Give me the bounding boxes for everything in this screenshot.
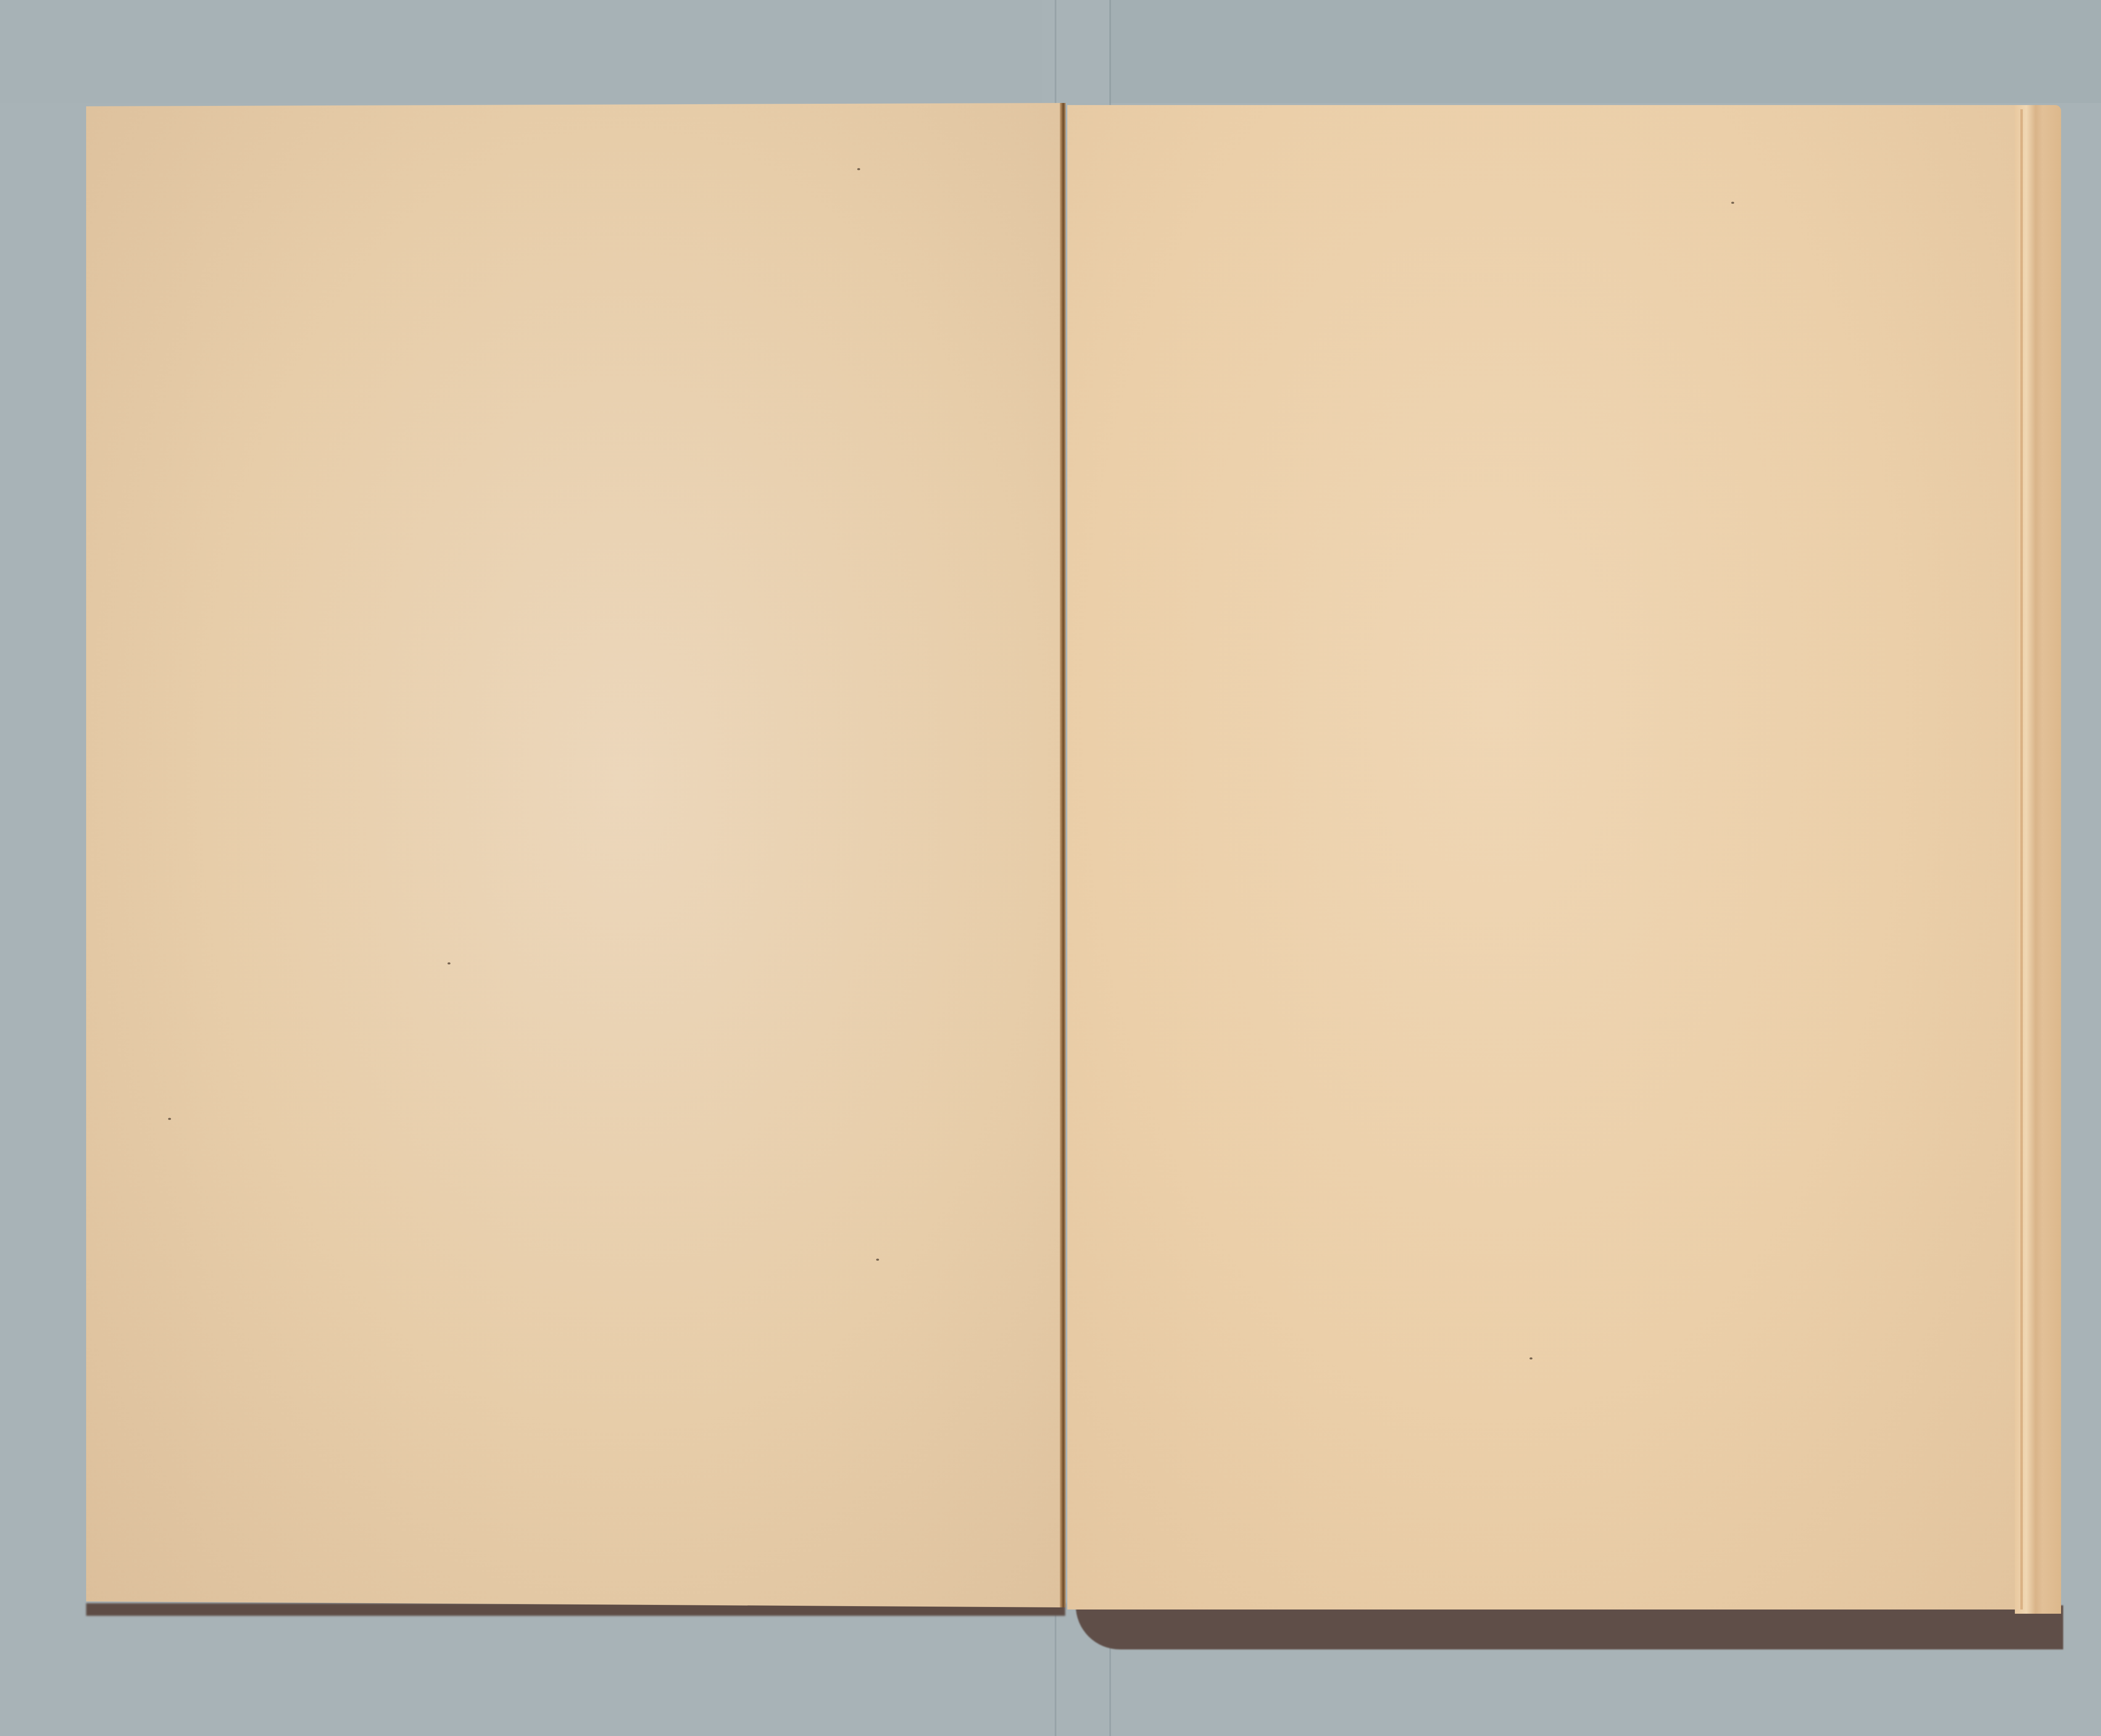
book-shadow-right xyxy=(1076,1605,2063,1649)
foxing-speck xyxy=(857,168,860,170)
right-page xyxy=(1067,105,2015,1610)
backdrop-panel-right xyxy=(1109,0,2101,103)
backdrop-panel-left xyxy=(0,0,1042,103)
fore-edge-crease xyxy=(2020,109,2023,1610)
foxing-speck xyxy=(876,1259,879,1261)
foxing-speck xyxy=(1731,202,1734,204)
foxing-speck xyxy=(168,1118,171,1120)
left-page xyxy=(86,103,1063,1607)
foxing-speck xyxy=(448,962,450,964)
foxing-speck xyxy=(1530,1357,1532,1359)
book-gutter xyxy=(1060,103,1066,1607)
